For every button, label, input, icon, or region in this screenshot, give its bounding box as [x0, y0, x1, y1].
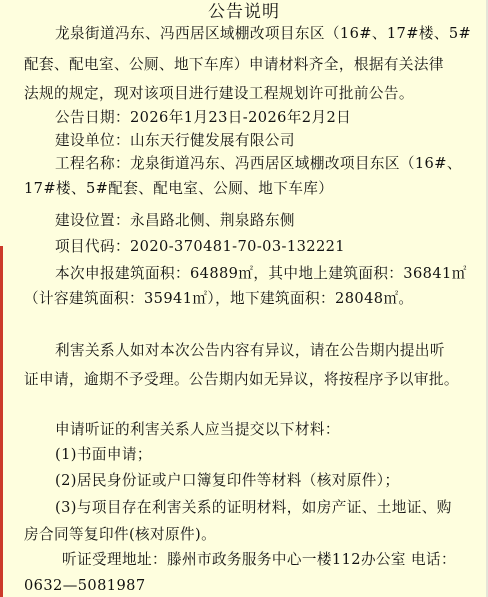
intro-line-2: 配套、配电室、公厕、地下车库）申请材料齐全，根据有关法律	[24, 54, 444, 76]
hearing-address: 听证受理地址：滕州市政务服务中心一楼112办公室 电话：	[62, 549, 456, 571]
objection-line-1: 利害关系人如对本次公告内容有异议，请在公告期内提出听	[55, 340, 445, 362]
objection-line-2: 证申请，逾期不予受理。公告期内如无异议，将按程序予以审批。	[24, 369, 459, 391]
area-line-1: 本次申报建筑面积：64889㎡，其中地上建筑面积：36841㎡	[55, 263, 467, 285]
material-item-2: (2)居民身份证或户口簿复印件等材料（核对原件）；	[55, 470, 399, 492]
construction-unit: 建设单位：山东天行健发展有限公司	[55, 130, 295, 152]
material-item-3-line-1: (3)与项目存在利害关系的证明材料，如房产证、土地证、购	[55, 497, 452, 519]
material-item-3-line-2: 房合同等复印件(核对原件)。	[24, 524, 216, 546]
notice-title: 公告说明	[0, 0, 488, 24]
project-name-line-2: 17#楼、5#配套、配电室、公厕、地下车库）	[24, 178, 333, 200]
intro-line-3: 法规的规定，现对该项目进行建设工程规划许可批前公告。	[24, 83, 414, 105]
materials-heading: 申请听证的利害关系人应当提交以下材料：	[55, 419, 340, 441]
material-item-1: (1)书面申请；	[55, 444, 152, 466]
project-code: 项目代码：2020-370481-70-03-132221	[55, 236, 345, 258]
phone-number: 0632—5081987	[24, 575, 146, 597]
project-name-line-1: 工程名称：龙泉街道冯东、冯西居区域棚改项目东区（16#、	[55, 153, 462, 175]
area-line-2: （计容建筑面积：35941㎡），地下建筑面积：28048㎡。	[24, 288, 413, 310]
notice-document: 公告说明 龙泉街道冯东、冯西居区域棚改项目东区（16#、17#楼、5# 配套、配…	[0, 0, 488, 597]
intro-line-1: 龙泉街道冯东、冯西居区域棚改项目东区（16#、17#楼、5#	[55, 23, 471, 45]
construction-location: 建设位置：永昌路北侧、荆泉路东侧	[55, 210, 295, 232]
notice-date: 公告日期：2026年1月23日-2026年2月2日	[55, 107, 351, 129]
